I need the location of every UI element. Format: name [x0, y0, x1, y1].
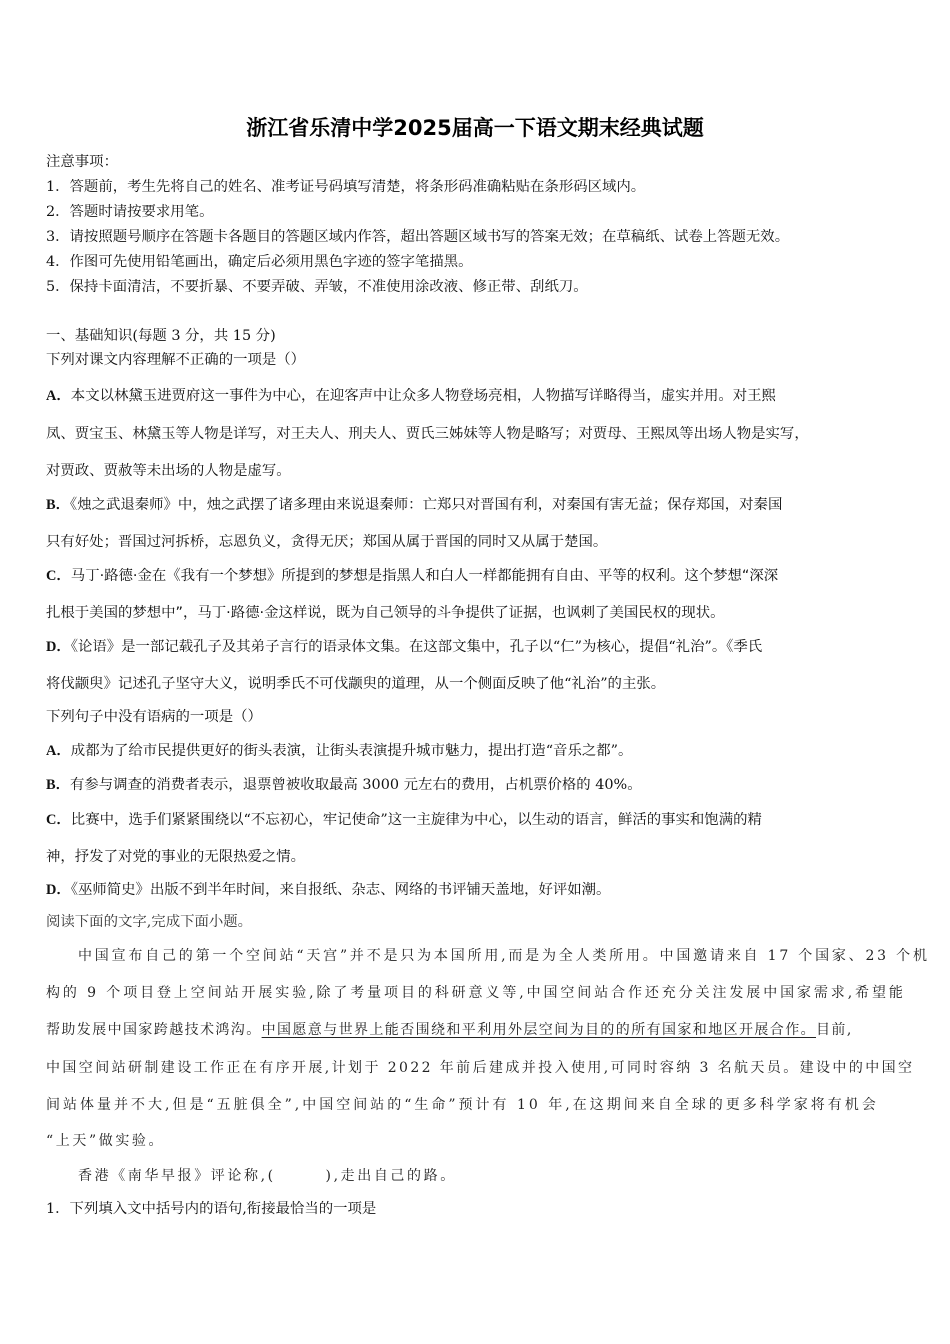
question-stem-1: 下列对课文内容理解不正确的一项是（） [46, 350, 305, 370]
notice-heading: 注意事项： [46, 152, 118, 172]
passage-paragraph-2: 香港《南华早报》评论称,( ),走出自己的路。 [78, 1166, 457, 1186]
option-text: 有参与调查的消费者表示，退票曾被收取最高 3000 元左右的费用，占机票价格的 … [70, 777, 642, 793]
passage-line: “上天”做实验。 [46, 1131, 165, 1151]
q1-option-d: D．《论语》是一部记载孔子及其弟子言行的语录体文集。在这部文集中，孔子以“仁”为… [46, 637, 762, 657]
option-letter: D． [46, 882, 71, 898]
option-letter: B． [46, 777, 70, 793]
option-text: 马丁·路德·金在《我有一个梦想》所提到的梦想是指黑人和白人一样都能拥有自由、平等… [71, 568, 778, 584]
q2-option-c: C．比赛中，选手们紧紧围绕以“不忘初心，牢记使命”这一主旋律为中心，以生动的语言… [46, 810, 762, 830]
q1-option-b-line2: 只有好处；晋国过河拆桥，忘恩负义，贪得无厌；郑国从属于晋国的同时又从属于楚国。 [46, 532, 607, 552]
option-text: 《巫师简史》出版不到半年时间，来自报纸、杂志、网络的书评铺天盖地，好评如潮。 [71, 882, 611, 898]
option-text: 《烛之武退秦师》中，烛之武摆了诸多理由来说退秦师：亡郑只对晋国有利，对秦国有害无… [70, 497, 782, 513]
option-text: 比赛中，选手们紧紧围绕以“不忘初心，牢记使命”这一主旋律为中心，以生动的语言，鲜… [71, 812, 762, 828]
q1-option-a: A．本文以林黛玉进贾府这一事件为中心，在迎客声中让众多人物登场亮相，人物描写详略… [46, 386, 776, 406]
notice-item: 5．保持卡面清洁，不要折暴、不要弄破、弄皱，不准使用涂改液、修正带、刮纸刀。 [46, 277, 588, 297]
underlined-sentence: 中国愿意与世界上能否围绕和平利用外层空间为目的的所有国家和地区开展合作。 [262, 1022, 816, 1038]
q1-option-c: C．马丁·路德·金在《我有一个梦想》所提到的梦想是指黑人和白人一样都能拥有自由、… [46, 566, 778, 586]
q1-option-d-line2: 将伐颛臾》记述孔子坚守大义，说明季氏不可伐颛臾的道理，从一个侧面反映了他“礼治”… [46, 674, 665, 694]
option-letter: C． [46, 568, 71, 584]
option-text: 成都为了给市民提供更好的街头表演，让街头表演提升城市魅力，提出打造“音乐之都”。 [71, 743, 633, 759]
section-heading: 一、基础知识(每题 3 分，共 15 分) [46, 326, 276, 346]
passage-line: 中国空间站研制建设工作正在有序开展,计划于 2022 年前后建成并投入使用,可同… [46, 1058, 914, 1078]
reading-question-1: 1．下列填入文中括号内的语句,衔接最恰当的一项是 [46, 1199, 376, 1219]
option-letter: A． [46, 743, 71, 759]
q1-option-b: B．《烛之武退秦师》中，烛之武摆了诸多理由来说退秦师：亡郑只对晋国有利，对秦国有… [46, 495, 782, 515]
exam-page: 浙江省乐清中学2025届高一下语文期末经典试题 注意事项： 1．答题前，考生先将… [0, 0, 950, 1344]
option-letter: A． [46, 388, 71, 404]
reading-instruction: 阅读下面的文字,完成下面小题。 [46, 912, 252, 932]
option-letter: C． [46, 812, 71, 828]
passage-text: 目前, [816, 1022, 853, 1038]
q2-option-a: A．成都为了给市民提供更好的街头表演，让街头表演提升城市魅力，提出打造“音乐之都… [46, 741, 632, 761]
option-letter: D． [46, 639, 71, 655]
q1-option-c-line2: 扎根于美国的梦想中”，马丁·路德·金这样说，既为自己领导的斗争提供了证据，也讽刺… [46, 603, 725, 623]
passage-line: 帮助发展中国家跨越技术鸿沟。中国愿意与世界上能否围绕和平利用外层空间为目的的所有… [46, 1020, 853, 1040]
page-title: 浙江省乐清中学2025届高一下语文期末经典试题 [0, 112, 950, 142]
passage-text: 帮助发展中国家跨越技术鸿沟。 [46, 1022, 262, 1038]
passage-line: 中国宣布自己的第一个空间站“天宫”并不是只为本国所用,而是为全人类所用。中国邀请… [78, 946, 930, 966]
option-text: 本文以林黛玉进贾府这一事件为中心，在迎客声中让众多人物登场亮相，人物描写详略得当… [71, 388, 776, 404]
option-letter: B． [46, 497, 70, 513]
q1-option-a-line2: 凤、贾宝玉、林黛玉等人物是详写，对王夫人、刑夫人、贾氏三姊妹等人物是略写；对贾母… [46, 424, 809, 444]
notice-item: 4．作图可先使用铅笔画出，确定后必须用黑色字迹的签字笔描黑。 [46, 252, 473, 272]
notice-item: 3．请按照题号顺序在答题卡各题目的答题区域内作答，超出答题区域书写的答案无效；在… [46, 227, 789, 247]
passage-line: 构的 9 个项目登上空间站开展实验,除了考量项目的科研意义等,中国空间站合作还充… [46, 983, 906, 1003]
passage-line: 间站体量并不大,但是“五脏俱全”,中国空间站的“生命”预计有 10 年,在这期间… [46, 1095, 879, 1115]
question-stem-2: 下列句子中没有语病的一项是（） [46, 707, 262, 727]
option-text: 《论语》是一部记载孔子及其弟子言行的语录体文集。在这部文集中，孔子以“仁”为核心… [71, 639, 762, 655]
q2-option-b: B．有参与调查的消费者表示，退票曾被收取最高 3000 元左右的费用，占机票价格… [46, 775, 642, 795]
notice-item: 2．答题时请按要求用笔。 [46, 202, 213, 222]
notice-item: 1．答题前，考生先将自己的姓名、准考证号码填写清楚，将条形码准确粘贴在条形码区域… [46, 177, 645, 197]
q1-option-a-line3: 对贾政、贾赦等未出场的人物是虚写。 [46, 461, 291, 481]
q2-option-d: D．《巫师简史》出版不到半年时间，来自报纸、杂志、网络的书评铺天盖地，好评如潮。 [46, 880, 610, 900]
q2-option-c-line2: 神，抒发了对党的事业的无限热爱之情。 [46, 847, 305, 867]
